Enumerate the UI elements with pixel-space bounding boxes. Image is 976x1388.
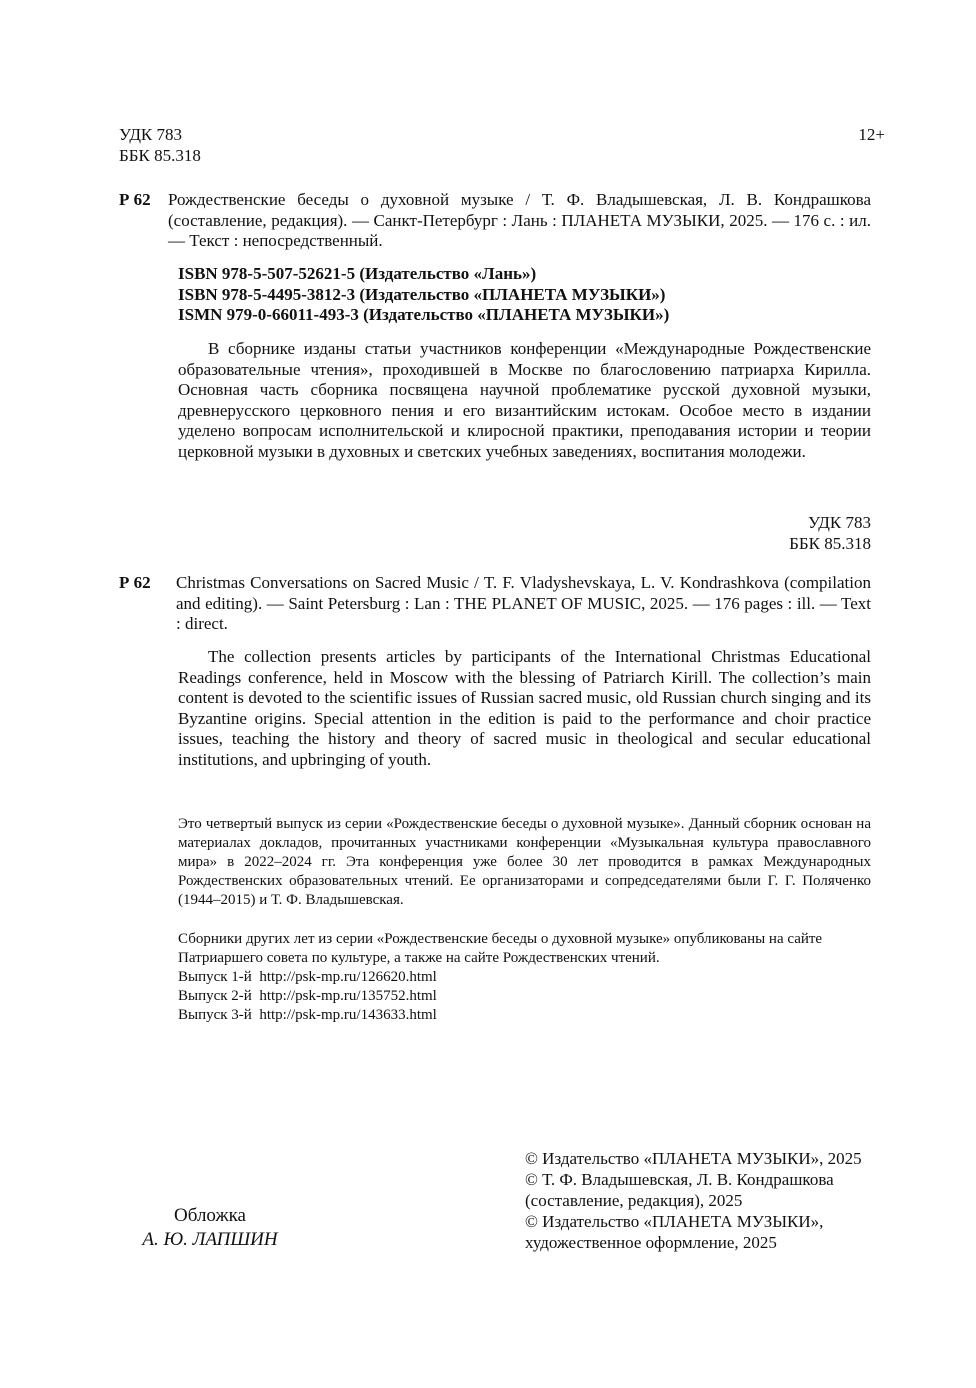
series-note: Это четвертый выпуск из серии «Рождестве… <box>178 815 871 910</box>
classification-header: УДК 783 ББК 85.318 <box>119 125 201 166</box>
cover-label: Обложка <box>120 1204 300 1228</box>
author-mark-en: Р 62 <box>119 573 151 594</box>
udk-code: УДК 783 <box>119 125 201 146</box>
ismn-planet-music: ISMN 979-0-66011-493-3 (Издательство «ПЛ… <box>178 305 669 326</box>
series-links-note: Сборники других лет из серии «Рождествен… <box>178 930 871 1025</box>
issue-label: Выпуск 2-й <box>178 988 252 1004</box>
bbk-code: ББК 85.318 <box>119 146 201 167</box>
isbn-lan: ISBN 978-5-507-52621-5 (Издательство «Ла… <box>178 264 669 285</box>
bibliographic-entry-ru: Рождественские беседы о духовной музыке … <box>168 190 871 252</box>
copyright-line: © Т. Ф. Владышевская, Л. В. Кондрашкова <box>525 1169 862 1190</box>
author-mark-ru: Р 62 <box>119 190 151 211</box>
bibliographic-entry-en: Christmas Conversations on Sacred Music … <box>176 573 871 635</box>
issue-label: Выпуск 1-й <box>178 969 252 985</box>
cover-credit: Обложка А. Ю. ЛАПШИН <box>120 1204 300 1252</box>
copyright-line: © Издательство «ПЛАНЕТА МУЗЫКИ», 2025 <box>525 1148 862 1169</box>
series-links-intro: Сборники других лет из серии «Рождествен… <box>178 930 871 968</box>
copyright-block: © Издательство «ПЛАНЕТА МУЗЫКИ», 2025 © … <box>525 1148 862 1253</box>
copyright-line: художественное оформление, 2025 <box>525 1232 862 1253</box>
abstract-ru: В сборнике изданы статьи участников конф… <box>178 339 871 462</box>
issue-url[interactable]: http://psk-mp.ru/143633.html <box>259 1007 437 1023</box>
issue-link-3: Выпуск 3-й http://psk-mp.ru/143633.html <box>178 1006 871 1025</box>
abstract-en: The collection presents articles by part… <box>178 647 871 770</box>
udk-code-en: УДК 783 <box>789 513 871 534</box>
age-rating: 12+ <box>858 125 885 146</box>
classification-en: УДК 783 ББК 85.318 <box>789 513 871 554</box>
isbn-list: ISBN 978-5-507-52621-5 (Издательство «Ла… <box>178 264 669 326</box>
issue-url[interactable]: http://psk-mp.ru/135752.html <box>259 988 437 1004</box>
issue-label: Выпуск 3-й <box>178 1007 252 1023</box>
copyright-line: © Издательство «ПЛАНЕТА МУЗЫКИ», <box>525 1211 862 1232</box>
issue-url[interactable]: http://psk-mp.ru/126620.html <box>259 969 437 985</box>
isbn-planet-music: ISBN 978-5-4495-3812-3 (Издательство «ПЛ… <box>178 285 669 306</box>
bbk-code-en: ББК 85.318 <box>789 534 871 555</box>
issue-link-2: Выпуск 2-й http://psk-mp.ru/135752.html <box>178 987 871 1006</box>
issue-link-1: Выпуск 1-й http://psk-mp.ru/126620.html <box>178 968 871 987</box>
cover-artist: А. Ю. ЛАПШИН <box>120 1228 300 1252</box>
copyright-line: (составление, редакция), 2025 <box>525 1190 862 1211</box>
